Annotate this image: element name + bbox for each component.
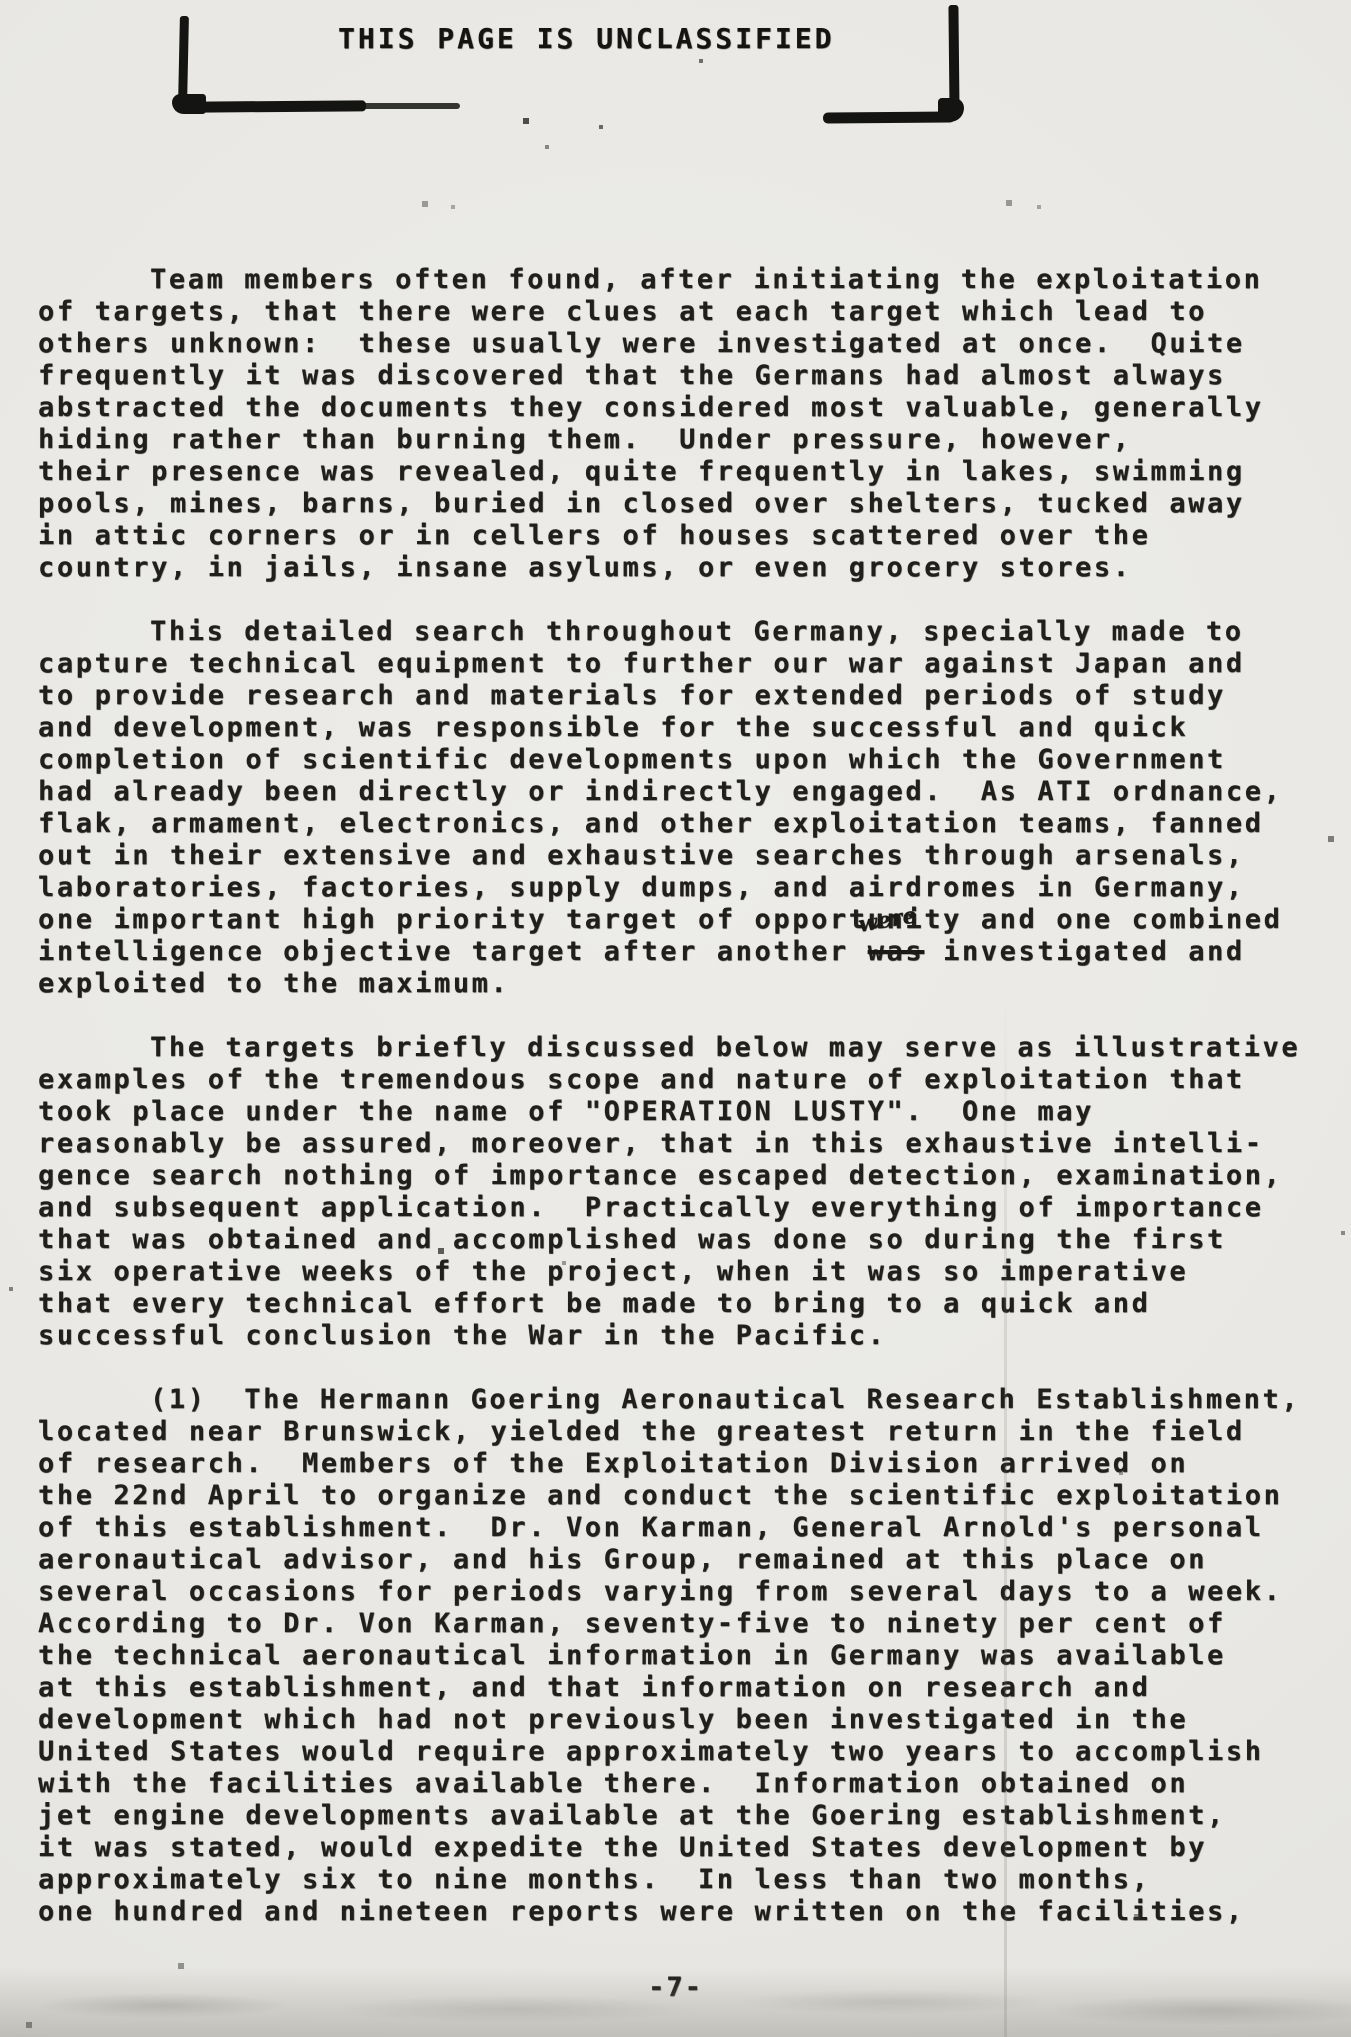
text-line: others unknown: these usually were inves…: [38, 328, 1351, 360]
text-line: of targets, that there were clues at eac…: [38, 296, 1351, 328]
crop-mark-left-vertical: [178, 16, 189, 104]
text-line: examples of the tremendous scope and nat…: [38, 1064, 1351, 1096]
text-segment: investigated and: [924, 936, 1245, 967]
text-line: the technical aeronautical information i…: [38, 1640, 1351, 1672]
text-line: (1) The Hermann Goering Aeronautical Res…: [38, 1384, 1351, 1416]
text-line: of this establishment. Dr. Von Karman, G…: [38, 1512, 1351, 1544]
text-line: Team members often found, after initiati…: [38, 264, 1351, 296]
text-line: located near Brunswick, yielded the grea…: [38, 1416, 1351, 1448]
text-line: of research. Members of the Exploitation…: [38, 1448, 1351, 1480]
text-line: the 22nd April to organize and conduct t…: [38, 1480, 1351, 1512]
text-line: and subsequent application. Practically …: [38, 1192, 1351, 1224]
text-line: with the facilities available there. Inf…: [38, 1768, 1351, 1800]
text-line: at this establishment, and that informat…: [38, 1672, 1351, 1704]
text-line: jet engine developments available at the…: [38, 1800, 1351, 1832]
text-line: approximately six to nine months. In les…: [38, 1864, 1351, 1896]
text-line: The targets briefly discussed below may …: [38, 1032, 1351, 1064]
text-line: development which had not previously bee…: [38, 1704, 1351, 1736]
text-line: six operative weeks of the project, when…: [38, 1256, 1351, 1288]
crop-mark-right-horizontal: [823, 111, 955, 123]
text-line: laboratories, factories, supply dumps, a…: [38, 872, 1351, 904]
text-line: that every technical effort be made to b…: [38, 1288, 1351, 1320]
text-line: frequently it was discovered that the Ge…: [38, 360, 1351, 392]
text-line: and development, was responsible for the…: [38, 712, 1351, 744]
crop-mark-left-horizontal: [196, 100, 366, 112]
text-line: out in their extensive and exhaustive se…: [38, 840, 1351, 872]
paragraph: Team members often found, after initiati…: [38, 264, 1351, 584]
text-line: completion of scientific developments up…: [38, 744, 1351, 776]
text-line: one hundred and nineteen reports were wr…: [38, 1896, 1351, 1928]
text-line: This detailed search throughout Germany,…: [38, 616, 1351, 648]
text-line: had already been directly or indirectly …: [38, 776, 1351, 808]
scanned-page: THIS PAGE IS UNCLASSIFIED Team members o…: [0, 0, 1351, 2037]
paragraph: This detailed search throughout Germany,…: [38, 616, 1351, 1000]
text-line: United States would require approximatel…: [38, 1736, 1351, 1768]
text-line: intelligence objective target after anot…: [38, 936, 1351, 968]
text-line: aeronautical advisor, and his Group, rem…: [38, 1544, 1351, 1576]
text-line: several occasions for periods varying fr…: [38, 1576, 1351, 1608]
text-line: country, in jails, insane asylums, or ev…: [38, 552, 1351, 584]
text-line: According to Dr. Von Karman, seventy-fiv…: [38, 1608, 1351, 1640]
text-line: it was stated, would expedite the United…: [38, 1832, 1351, 1864]
text-line: reasonably be assured, moreover, that in…: [38, 1128, 1351, 1160]
text-line: one important high priority target of op…: [38, 904, 1351, 936]
text-line: hiding rather than burning them. Under p…: [38, 424, 1351, 456]
text-line: successful conclusion the War in the Pac…: [38, 1320, 1351, 1352]
text-line: in attic corners or in cellers of houses…: [38, 520, 1351, 552]
text-line: took place under the name of "OPERATION …: [38, 1096, 1351, 1128]
text-line: flak, armament, electronics, and other e…: [38, 808, 1351, 840]
scan-crease-line: [1004, 990, 1007, 2037]
text-line: exploited to the maximum.: [38, 968, 1351, 1000]
text-line: abstracted the documents they considered…: [38, 392, 1351, 424]
paragraph: (1) The Hermann Goering Aeronautical Res…: [38, 1384, 1351, 1928]
scan-edge-shadow: [0, 1967, 1351, 2037]
paragraph: The targets briefly discussed below may …: [38, 1032, 1351, 1352]
text-line: pools, mines, barns, buried in closed ov…: [38, 488, 1351, 520]
text-line: to provide research and materials for ex…: [38, 680, 1351, 712]
text-line: gence search nothing of importance escap…: [38, 1160, 1351, 1192]
document-body: Team members often found, after initiati…: [38, 264, 1351, 1960]
text-line: that was obtained and accomplished was d…: [38, 1224, 1351, 1256]
text-line: capture technical equipment to further o…: [38, 648, 1351, 680]
crop-mark-left-horizontal-taper: [350, 103, 460, 109]
scan-noise-speckles: [0, 0, 2, 2]
classification-stamp: THIS PAGE IS UNCLASSIFIED: [338, 22, 834, 55]
text-line: their presence was revealed, quite frequ…: [38, 456, 1351, 488]
struck-word: waswere: [868, 936, 925, 967]
text-segment: intelligence objective target after anot…: [38, 936, 868, 967]
